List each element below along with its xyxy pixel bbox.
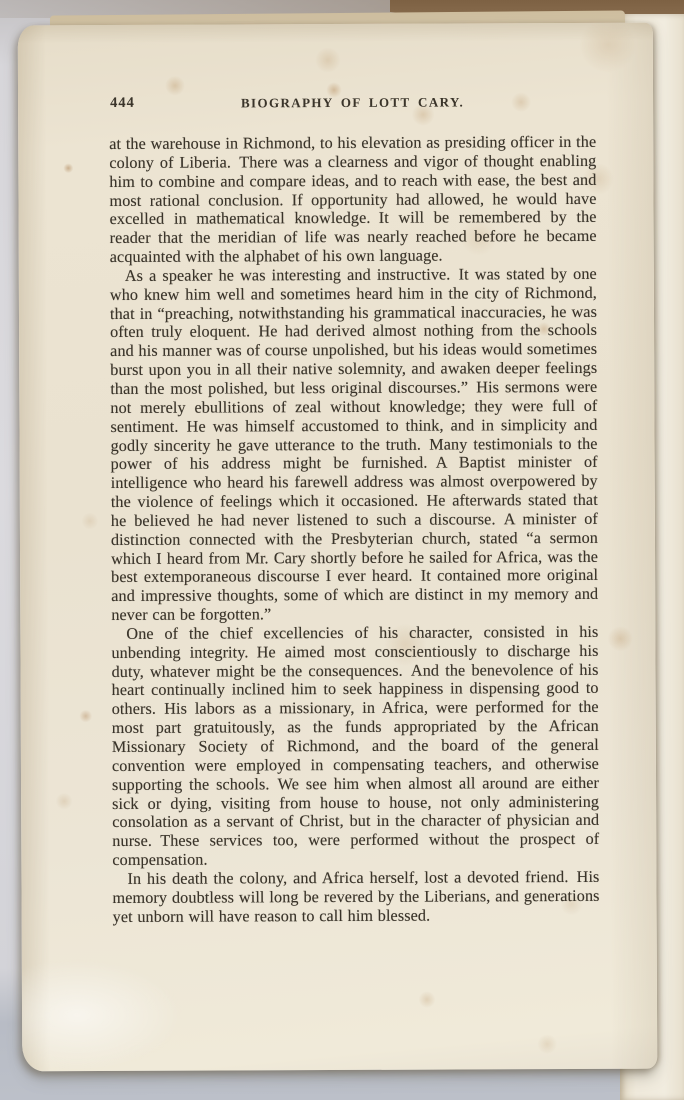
paragraph-continuation: at the warehouse in Richmond, to his ele… [109,133,597,267]
paragraph: One of the chief excellencies of his cha… [111,623,599,870]
paragraph: As a speaker he was interesting and inst… [110,265,599,625]
page-body: at the warehouse in Richmond, to his ele… [109,133,599,927]
paragraph: In his death the colony, and Africa hers… [112,868,599,927]
book-photo: 444 BIOGRAPHY OF LOTT CARY. at the wareh… [0,0,684,1100]
running-head-title: BIOGRAPHY OF LOTT CARY. [109,94,596,112]
running-header: 444 BIOGRAPHY OF LOTT CARY. [109,93,596,112]
book-page: 444 BIOGRAPHY OF LOTT CARY. at the wareh… [18,23,658,1072]
printed-text-block: 444 BIOGRAPHY OF LOTT CARY. at the wareh… [109,93,600,927]
